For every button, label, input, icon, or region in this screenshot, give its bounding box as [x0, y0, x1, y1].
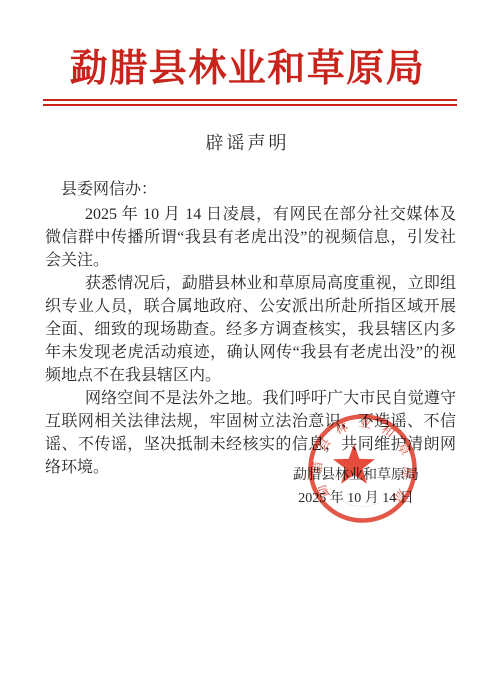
official-seal: 勐腊县林业和草原局 ······················: [302, 408, 422, 528]
letterhead-org-name: 勐腊县林业和草原局: [0, 50, 495, 88]
seal-microtext: ······················: [327, 487, 381, 510]
letterhead-divider: [43, 99, 457, 106]
body-paragraph: 2025 年 10 月 14 日凌晨，有网民在部分社交媒体及微信群中传播所谓“我…: [45, 203, 456, 272]
salutation: 县委网信办：: [61, 180, 157, 199]
document-page: 勐腊县林业和草原局 辟谣声明 县委网信办： 2025 年 10 月 14 日凌晨…: [0, 0, 495, 700]
document-title: 辟谣声明: [0, 133, 495, 155]
body-paragraph: 获悉情况后，勐腊县林业和草原局高度重视，立即组织专业人员，联合属地政府、公安派出…: [45, 272, 456, 387]
seal-star-icon: [333, 444, 375, 484]
